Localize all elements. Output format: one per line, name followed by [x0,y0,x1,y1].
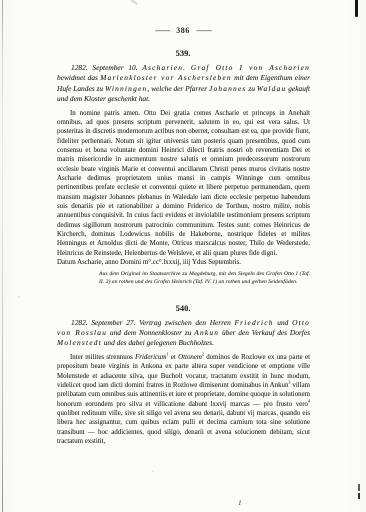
regest-540: 1282. September 27. Vertrag zwischen den… [57,318,310,349]
charter-text-540: Inter milites strennuos Fridericum1 et O… [57,353,310,446]
regest-539: 1282. September 10. Ascharien. Graf Otto… [57,63,310,105]
page-header: ——386—— [0,0,366,35]
scan-speck [18,296,20,298]
charter-entry-540: 540. 1282. September 27. Vertrag zwische… [0,303,366,447]
scan-mark-top-right [355,0,358,17]
entry-number-540: 540. [0,303,366,313]
entry-number-539: 539. [0,48,366,58]
charter-text-539: In nomine patris amen. Otto Dei gratia c… [57,109,310,259]
header-dash-right: —— [197,26,211,35]
binding-edge-line [2,0,3,512]
page-number: 386 [176,26,190,35]
header-dash-left: —— [155,26,169,35]
scan-speck [300,334,302,336]
scan-mark-bottom-right [358,493,360,499]
footnote-mark: 1 [237,499,242,507]
charter-entry-539: 539. 1282. September 10. Ascharien. Graf… [0,48,366,287]
scan-mark-bottom-right [358,484,360,491]
source-note-539: Aus dem Original im Staatsarchive zu Mag… [99,271,310,286]
datum-line-539: Datum Ascharie, anno Domini m°.cc°.lxxxi… [57,258,310,267]
scanned-page: ——386—— 539. 1282. September 10. Aschari… [0,0,366,512]
scan-speck [152,470,154,472]
